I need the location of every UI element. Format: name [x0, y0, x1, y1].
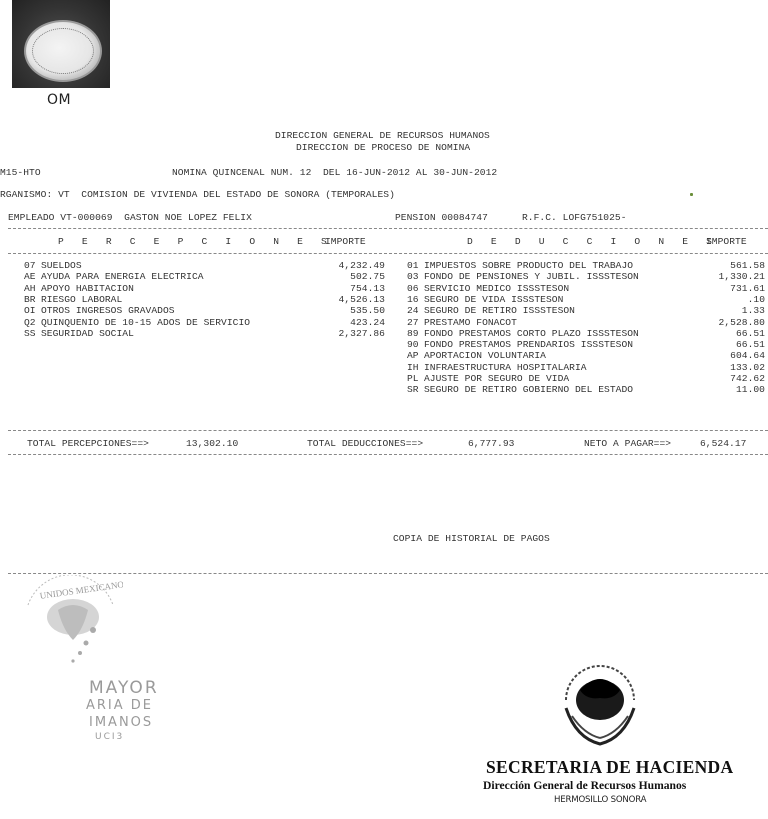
list-item: PL: [407, 373, 419, 384]
list-item: BR: [24, 294, 36, 305]
concept-label: SEGURIDAD SOCIAL: [41, 328, 134, 339]
divider: [8, 573, 768, 574]
total-deducciones-label: TOTAL DEDUCCIONES==>: [307, 438, 423, 449]
stamp-title: SECRETARIA DE HACIENDA: [486, 757, 733, 778]
list-item: 90: [407, 339, 419, 350]
concept-label: RIESGO LABORAL: [41, 294, 122, 305]
list-item: AP: [407, 350, 419, 361]
stamp-line-3: IMANOS: [89, 715, 153, 730]
list-item: OI: [24, 305, 36, 316]
stamp-subtitle: Dirección General de Recursos Humanos: [483, 779, 686, 792]
list-item: 01: [407, 260, 419, 271]
list-item: SS: [24, 328, 36, 339]
concept-label: INFRAESTRUCTURA HOSPITALARIA: [424, 362, 587, 373]
stamp-city: HERMOSILLO SONORA: [554, 795, 646, 805]
divider: [8, 228, 768, 229]
hacienda-eagle-seal-icon: [558, 660, 642, 750]
amount-value: 133.02: [730, 362, 765, 373]
concept-label: AYUDA PARA ENERGIA ELECTRICA: [41, 271, 204, 282]
concept-label: APORTACION VOLUNTARIA: [424, 350, 546, 361]
amount-value: 731.61: [730, 283, 765, 294]
concept-label: FONDO PRESTAMOS CORTO PLAZO ISSSTESON: [424, 328, 639, 339]
scan-speck: [690, 193, 693, 196]
concept-label: OTROS INGRESOS GRAVADOS: [41, 305, 175, 316]
stamp-line-1: MAYOR: [89, 678, 159, 698]
concept-label: SERVICIO MEDICO ISSSTESON: [424, 283, 569, 294]
total-deducciones-value: 6,777.93: [468, 438, 514, 449]
percepciones-title: P E R C E P C I O N E S: [58, 236, 333, 247]
amount-value: 561.58: [730, 260, 765, 271]
amount-value: 2,528.80: [719, 317, 765, 328]
concept-label: APOYO HABITACION: [41, 283, 134, 294]
list-item: SR: [407, 384, 419, 395]
list-item: AH: [24, 283, 36, 294]
payment-history-note: COPIA DE HISTORIAL DE PAGOS: [393, 533, 550, 544]
amount-value: 502.75: [350, 271, 385, 282]
neto-label: NETO A PAGAR==>: [584, 438, 671, 449]
organismo-line: RGANISMO: VT COMISION DE VIVIENDA DEL ES…: [0, 189, 395, 200]
list-item: 07: [24, 260, 36, 271]
amount-value: 535.50: [350, 305, 385, 316]
amount-value: 423.24: [350, 317, 385, 328]
amount-value: 604.64: [730, 350, 765, 361]
mexican-coat-of-arms-icon: UNIDOS MEXICANOS: [18, 575, 123, 675]
stamp-arc-text: UNIDOS MEXICANOS: [39, 578, 123, 600]
concept-label: FONDO PRESTAMOS PRENDARIOS ISSSTESON: [424, 339, 633, 350]
stamp-line-2: ARIA DE: [86, 698, 153, 713]
stamp-line-4: UCI3: [95, 732, 124, 742]
list-item: 03: [407, 271, 419, 282]
concept-label: PRESTAMO FONACOT: [424, 317, 517, 328]
concept-label: SEGURO DE RETIRO ISSSTESON: [424, 305, 575, 316]
amount-value: 754.13: [350, 283, 385, 294]
deducciones-amount-header: IMPORTE: [706, 236, 747, 247]
logo-label: OM: [47, 92, 71, 108]
organization-logo: [12, 0, 110, 88]
amount-value: .10: [748, 294, 765, 305]
concept-label: IMPUESTOS SOBRE PRODUCTO DEL TRABAJO: [424, 260, 633, 271]
employee-line: EMPLEADO VT-000069 GASTON NOE LOPEZ FELI…: [8, 212, 252, 223]
rfc: R.F.C. LOFG751025-: [522, 212, 627, 223]
amount-value: 742.62: [730, 373, 765, 384]
amount-value: 1.33: [742, 305, 765, 316]
concept-label: SEGURO DE RETIRO GOBIERNO DEL ESTADO: [424, 384, 633, 395]
list-item: Q2: [24, 317, 36, 328]
total-percepciones-value: 13,302.10: [186, 438, 238, 449]
deducciones-title: D E D U C C I O N E S: [467, 236, 718, 247]
total-percepciones-label: TOTAL PERCEPCIONES==>: [27, 438, 149, 449]
divider: [8, 430, 768, 431]
list-item: 06: [407, 283, 419, 294]
list-item: 89: [407, 328, 419, 339]
pension-number: PENSION 00084747: [395, 212, 488, 223]
seal-coin-icon: [24, 20, 102, 82]
payroll-period: NOMINA QUINCENAL NUM. 12 DEL 16-JUN-2012…: [172, 167, 497, 178]
amount-value: 1,330.21: [719, 271, 765, 282]
header-line-2: DIRECCION DE PROCESO DE NOMINA: [296, 142, 470, 153]
list-item: AE: [24, 271, 36, 282]
report-code: M15-HTO: [0, 167, 41, 178]
amount-value: 4,526.13: [339, 294, 385, 305]
percepciones-amount-header: IMPORTE: [325, 236, 366, 247]
amount-value: 11.00: [736, 384, 765, 395]
list-item: 24: [407, 305, 419, 316]
amount-value: 66.51: [736, 339, 765, 350]
concept-label: SUELDOS: [41, 260, 82, 271]
concept-label: FONDO DE PENSIONES Y JUBIL. ISSSTESON: [424, 271, 639, 282]
amount-value: 4,232.49: [339, 260, 385, 271]
divider: [8, 253, 768, 254]
list-item: IH: [407, 362, 419, 373]
amount-value: 2,327.86: [339, 328, 385, 339]
divider: [8, 454, 768, 455]
amount-value: 66.51: [736, 328, 765, 339]
list-item: 27: [407, 317, 419, 328]
neto-value: 6,524.17: [700, 438, 746, 449]
concept-label: AJUSTE POR SEGURO DE VIDA: [424, 373, 569, 384]
list-item: 16: [407, 294, 419, 305]
header-line-1: DIRECCION GENERAL DE RECURSOS HUMANOS: [275, 130, 490, 141]
concept-label: SEGURO DE VIDA ISSSTESON: [424, 294, 563, 305]
concept-label: QUINQUENIO DE 10-15 ADOS DE SERVICIO: [41, 317, 250, 328]
